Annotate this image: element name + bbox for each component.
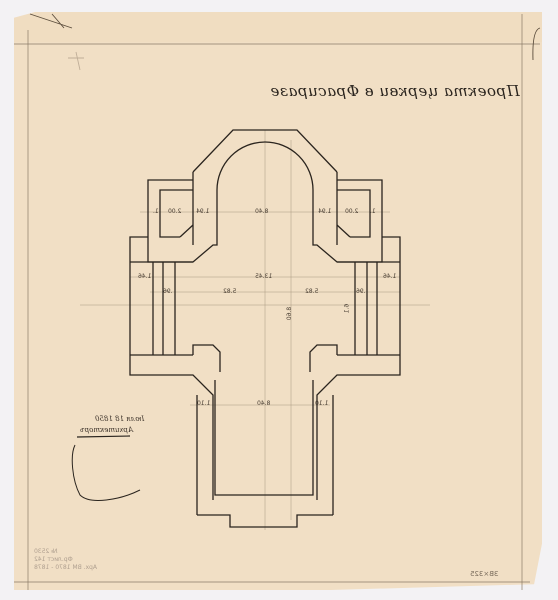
dim-crossing-right: 5.82 [305, 288, 318, 295]
registration-cross-icon [68, 52, 84, 70]
dim-crossing-left: 5.82 [223, 288, 236, 295]
signature: Архитекторъ [80, 426, 133, 434]
date-note: Іюля 18 1850 [95, 415, 144, 423]
dim-apse-right-offset: 1.94 [318, 208, 331, 215]
dim-transept-right-arm: 1.46 [383, 273, 396, 280]
dim-crossing-depth-right: 6.1 [343, 304, 350, 314]
signature-underline [77, 436, 130, 437]
pencil-note-3: Арх. ВМ 1870 - 1878 [34, 564, 97, 571]
dim-left-pier: .96 [163, 288, 173, 295]
pencil-note-1: № 2530 [34, 548, 57, 555]
dim-right-pier: .96 [356, 288, 366, 295]
dim-left-small: 1. [153, 208, 159, 215]
dim-nave-width: 8.40 [257, 400, 270, 407]
pencil-note-2: Фр.лист 142 [34, 556, 73, 563]
signature-flourish [72, 445, 140, 500]
corner-mark-top-left-icon [30, 14, 72, 28]
dim-apse-left-offset: 1.94 [196, 208, 209, 215]
drawing-title: Проекта церкви в Фрасиразе [270, 82, 520, 100]
dim-right-small: 1. [370, 208, 376, 215]
dim-transept-total: 13.45 [255, 273, 272, 280]
dim-apse-width: 8.40 [255, 208, 268, 215]
dim-nave-right-wall: 1.10 [315, 400, 328, 407]
catalog-number: ЗВ×325 [470, 570, 499, 578]
dim-left-chapel-width: 2.00 [168, 208, 181, 215]
dim-transept-left-arm: 1.46 [138, 273, 151, 280]
dim-right-chapel-width: 2.00 [345, 208, 358, 215]
dim-nave-left-wall: 1.10 [197, 400, 210, 407]
dim-crossing-depth: 8.60 [286, 307, 293, 320]
